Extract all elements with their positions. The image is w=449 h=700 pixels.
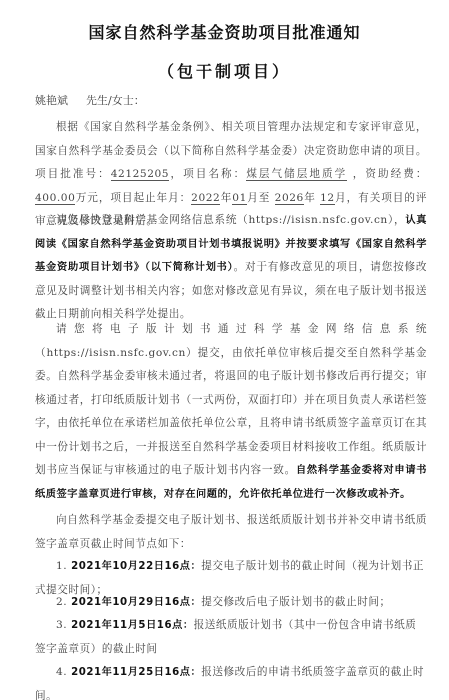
deadline-desc: 提交修改后电子版计划书的截止时间； <box>201 596 390 608</box>
recipient-name: 姚艳斌 <box>35 94 68 107</box>
text: 年 <box>220 192 232 204</box>
start-month: 01 <box>232 192 247 205</box>
text: ，项目名称： <box>169 168 246 180</box>
project-name: 煤层气储层地质学 <box>246 168 347 181</box>
text: 请您尽快登录科学基金网络信息系统（https://isisn.nsfc.gov.… <box>56 214 405 226</box>
item-number: 3. <box>56 619 71 631</box>
document-title: 国家自然科学基金资助项目批准通知 <box>0 20 449 43</box>
end-year: 2026 <box>275 192 304 205</box>
item-number: 1. <box>56 560 71 572</box>
item-number: 2. <box>56 596 71 608</box>
notice-page: 国家自然科学基金资助项目批准通知 （包干制项目） 姚艳斌先生/女士： 根据《国家… <box>0 0 449 700</box>
approval-number: 42125205 <box>111 168 169 181</box>
deadline-date: 2021年10月29日16点： <box>71 597 201 608</box>
deadline-date: 2021年11月5日16点： <box>71 620 193 631</box>
text: ，资助经费： <box>347 168 427 180</box>
paragraph-login-instructions: 请您尽快登录科学基金网络信息系统（https://isisn.nsfc.gov.… <box>35 209 427 327</box>
deadline-item: 3. 2021年11月5日16点：报送纸质版计划书（其中一份包含申请书纸质签字盖… <box>35 614 427 661</box>
deadline-date: 2021年11月25日16点： <box>71 667 201 678</box>
text: 年 <box>304 192 320 204</box>
deadline-date: 2021年10月22日16点： <box>71 561 201 572</box>
text: 万元，项目起止年月： <box>75 192 191 204</box>
deadline-item: 4. 2021年11月25日16点：报送修改后的申请书纸质签字盖章页的截止时间。 <box>35 661 427 700</box>
text: 请您将电子版计划书通过科学基金网络信息系统（https://isisn.nsfc… <box>35 323 427 476</box>
text: 月至 <box>247 192 275 204</box>
document-subtitle: （包干制项目） <box>0 59 449 82</box>
start-year: 2022 <box>191 192 220 205</box>
honorific: 先生/女士： <box>86 94 145 107</box>
item-number: 4. <box>56 666 71 678</box>
deadline-item: 2. 2021年10月29日16点：提交修改后电子版计划书的截止时间； <box>35 591 427 615</box>
end-month: 12 <box>320 192 335 205</box>
paragraph-deadlines-intro: 向自然科学基金委提交电子版计划书、报送纸质版计划书并补交申请书纸质签字盖章页截止… <box>35 509 427 556</box>
funding-amount: 400.00 <box>35 192 75 205</box>
salutation: 姚艳斌先生/女士： <box>35 92 145 108</box>
paragraph-submission: 请您将电子版计划书通过科学基金网络信息系统（https://isisn.nsfc… <box>35 318 427 506</box>
